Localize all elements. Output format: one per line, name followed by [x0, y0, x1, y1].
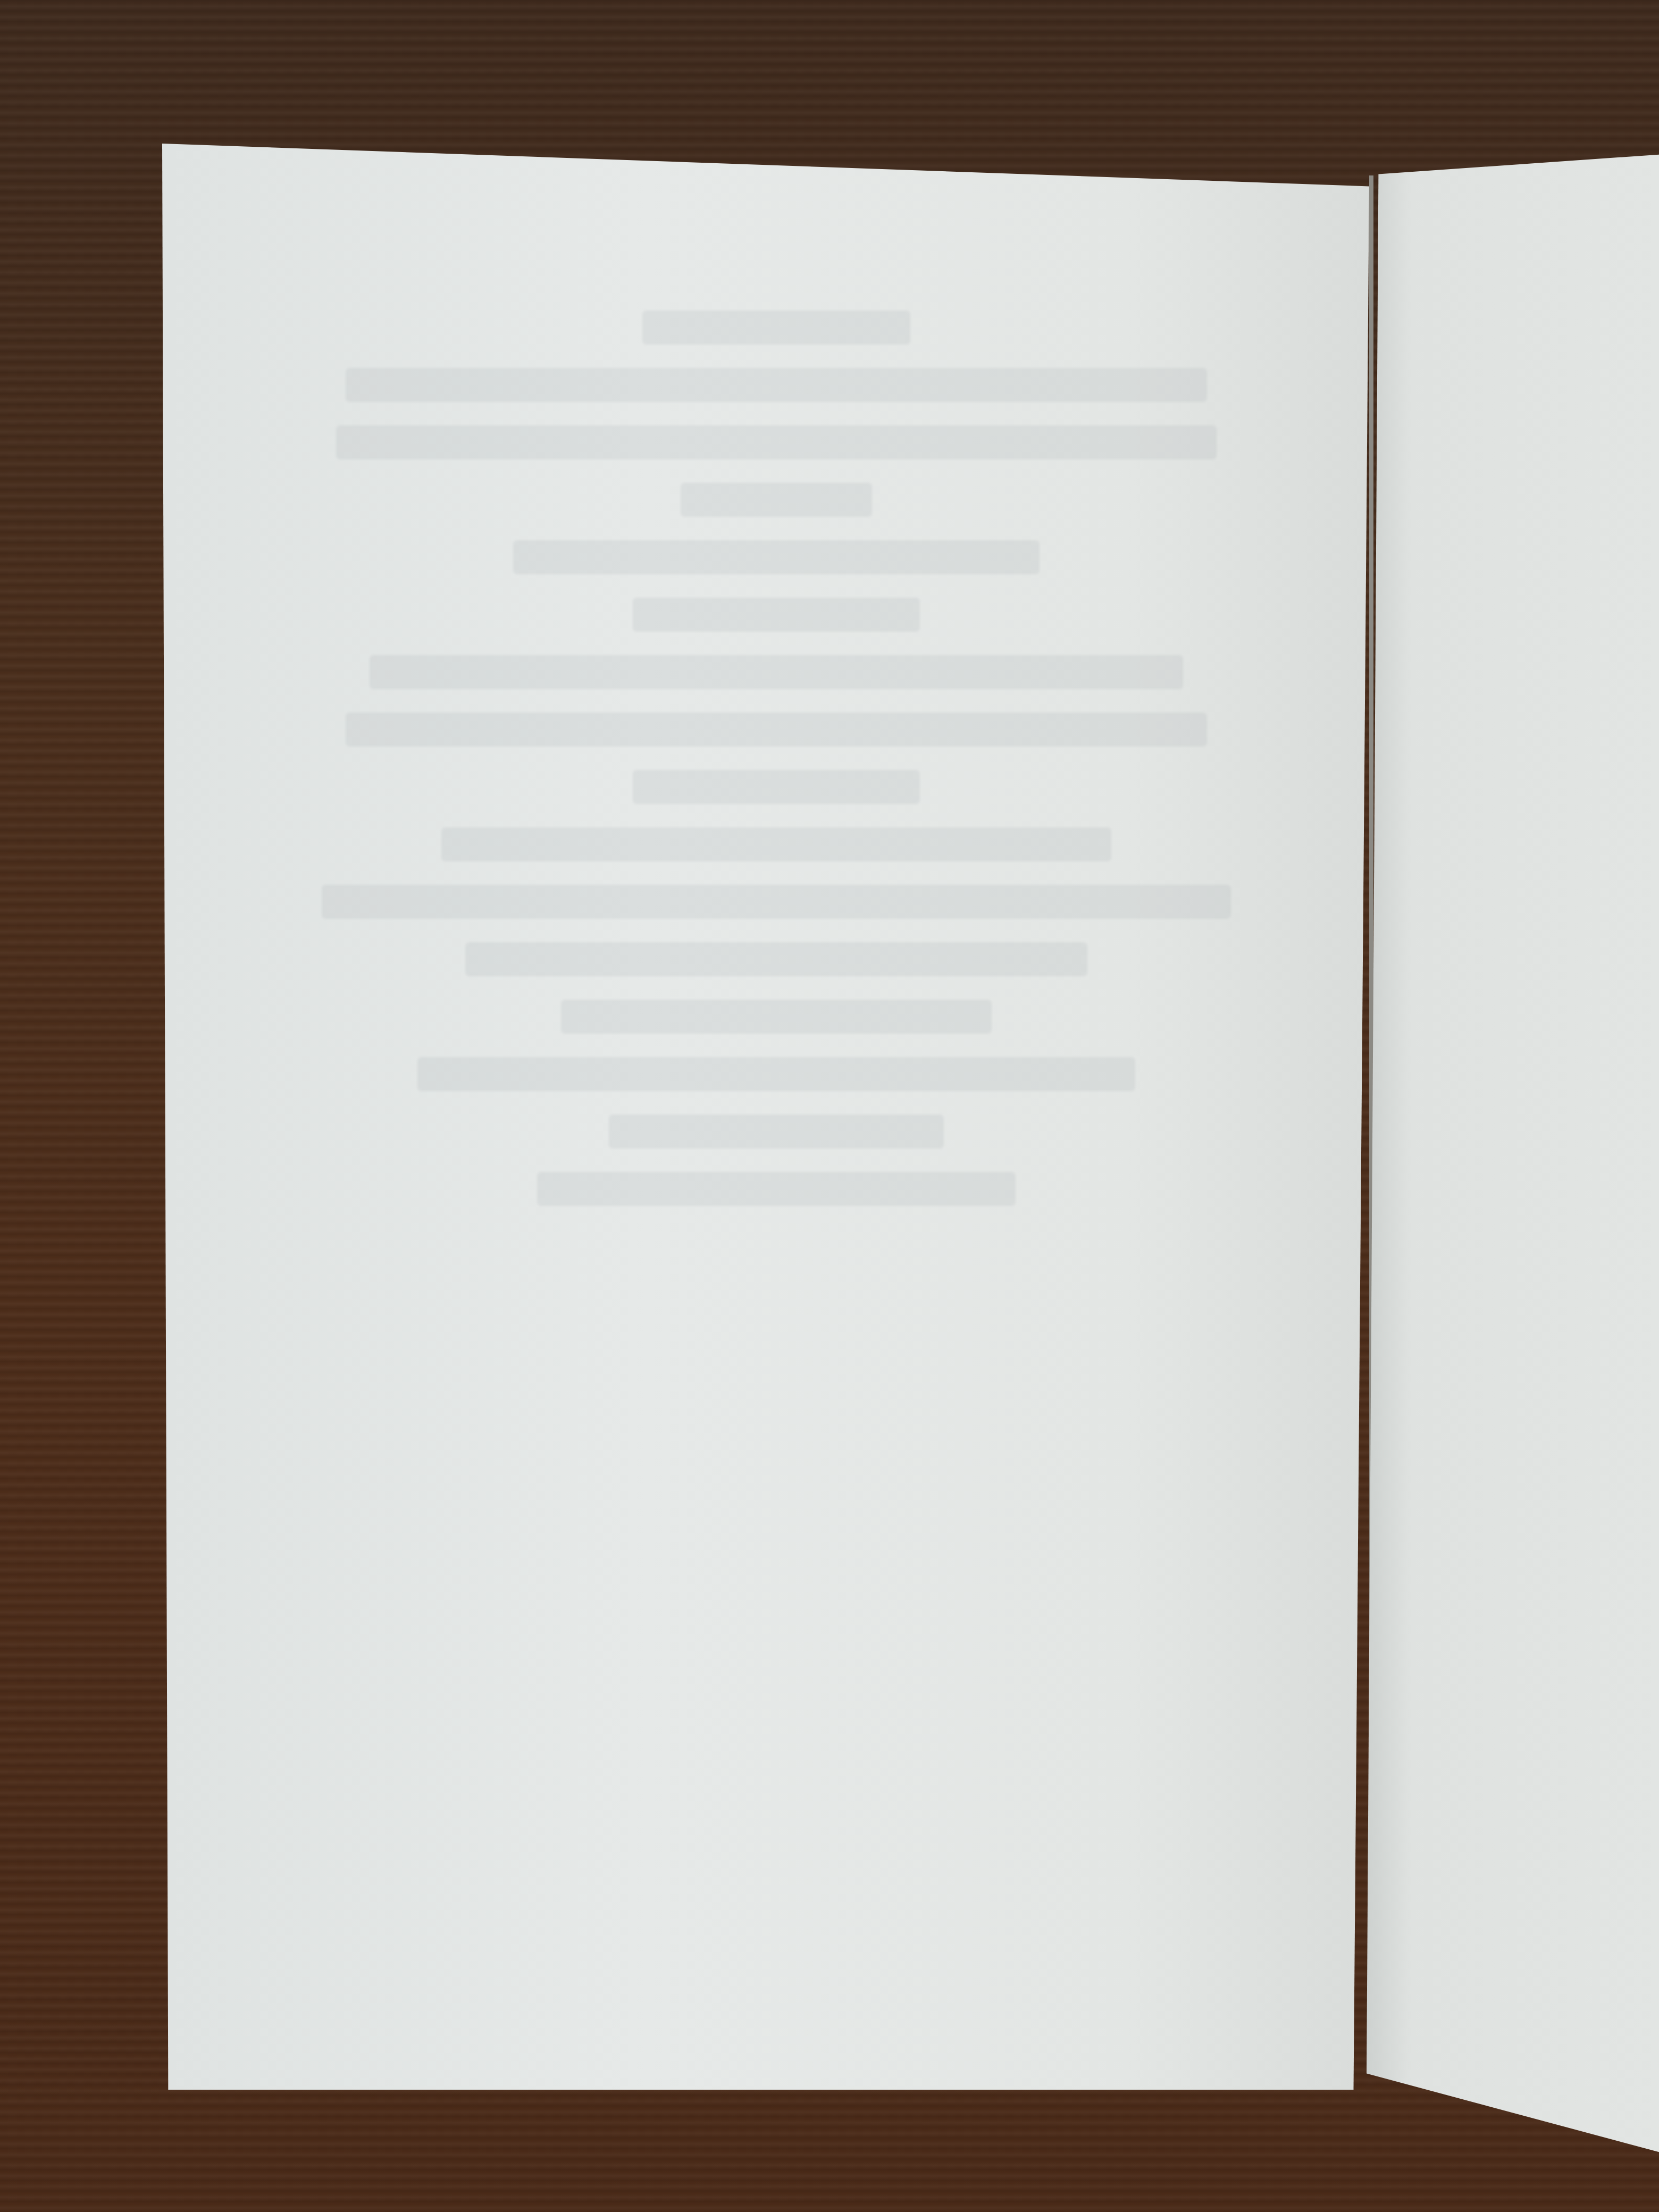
- show-through-text: [298, 287, 1255, 1229]
- right-page: [1367, 154, 1659, 2154]
